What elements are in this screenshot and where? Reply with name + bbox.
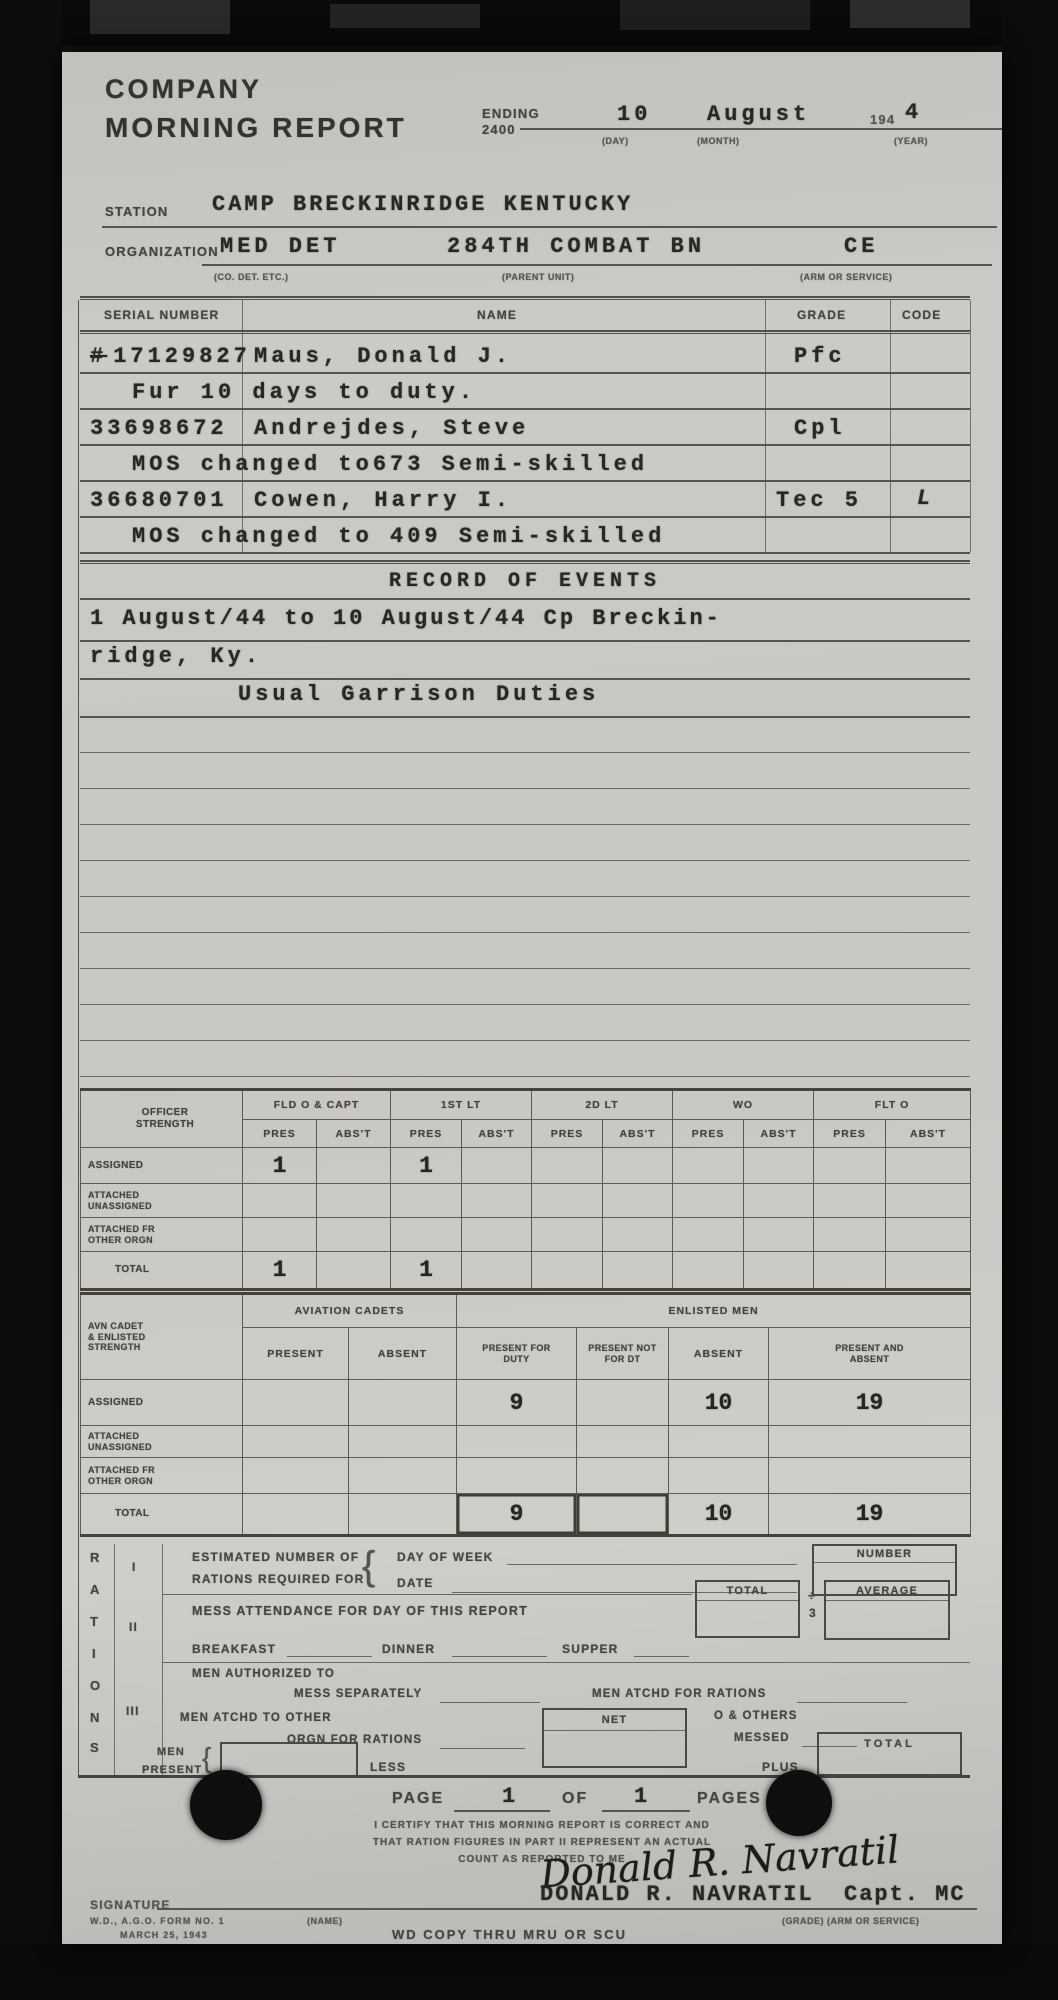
roster-note: Fur 10 days to duty.	[132, 380, 476, 405]
roster-rule	[80, 372, 970, 374]
scan-top-blotch	[850, 0, 970, 28]
officer-cell	[391, 1218, 462, 1252]
abst-header: ABS'T	[886, 1120, 971, 1148]
blank-rule	[80, 1004, 970, 1005]
enlisted-cell	[457, 1458, 577, 1494]
brace: {	[362, 1544, 377, 1589]
estimated-rations-line2: RATIONS REQUIRED FOR	[192, 1572, 364, 1586]
officer-cell	[603, 1252, 673, 1290]
rations-letter: I	[92, 1646, 97, 1661]
enlisted-cell	[769, 1426, 971, 1458]
report-month: August	[707, 102, 810, 127]
roster-name: Andrejdes, Steve	[254, 416, 529, 441]
roster-header-rule	[80, 330, 970, 334]
men-atchd-line1: MEN ATCHD TO OTHER	[180, 1712, 332, 1724]
rations-numeral-ii: II	[129, 1620, 138, 1634]
roster-grade: Cpl	[794, 416, 846, 441]
events-line: Usual Garrison Duties	[238, 682, 599, 707]
roster-serial: #17129827	[90, 344, 251, 369]
blank-rule	[80, 896, 970, 897]
officer-row-attached-fr-other: ATTACHED FROTHER ORGN	[81, 1218, 243, 1252]
roster-name: Cowen, Harry I.	[254, 488, 512, 513]
organization-label: ORGANIZATION	[105, 244, 219, 259]
form-date: MARCH 25, 1943	[120, 1930, 208, 1940]
officer-group-2d-lt: 2D LT	[532, 1090, 673, 1120]
enlisted-cell	[243, 1380, 349, 1426]
officer-cell	[814, 1184, 886, 1218]
officer-cell: 1	[391, 1252, 462, 1290]
enlisted-cell	[457, 1426, 577, 1458]
officer-cell	[243, 1184, 317, 1218]
officer-row-attached-unassigned: ATTACHEDUNASSIGNED	[81, 1184, 243, 1218]
officer-cell	[744, 1218, 814, 1252]
signed-grade-typed: Capt. MC	[844, 1882, 966, 1907]
officer-strength-table: OFFICERSTRENGTH FLD O & CAPT 1ST LT 2D L…	[80, 1088, 971, 1291]
rations-row-divider	[162, 1662, 970, 1663]
others-line1: O & OTHERS	[714, 1710, 798, 1722]
enlisted-cell	[577, 1458, 669, 1494]
distribution-note: WD COPY THRU MRU OR SCU	[392, 1927, 627, 1942]
officer-cell	[603, 1148, 673, 1184]
officer-cell: 1	[243, 1252, 317, 1290]
page-value-line	[454, 1810, 550, 1812]
sub-present-for-duty: PRESENT FOR DUTY	[457, 1328, 577, 1380]
form-title-line2: MORNING REPORT	[105, 112, 407, 144]
roster-rule	[80, 444, 970, 446]
col-name-header: NAME	[477, 308, 517, 322]
enlisted-row-attached-unassigned: ATTACHEDUNASSIGNED	[81, 1426, 243, 1458]
rations-numeral-iii: III	[126, 1704, 140, 1718]
rations-letter: N	[90, 1710, 101, 1725]
arm-caption: (ARM OR SERVICE)	[800, 272, 892, 282]
enlisted-cell	[669, 1458, 769, 1494]
officer-cell	[673, 1218, 744, 1252]
scan-right-margin	[1002, 0, 1058, 2000]
sub-absent-enlisted: ABSENT	[669, 1328, 769, 1380]
officer-cell	[814, 1218, 886, 1252]
enlisted-strength-table: AVN CADET& ENLISTEDSTRENGTH AVIATION CAD…	[80, 1292, 971, 1537]
officer-cell	[317, 1218, 391, 1252]
events-rule	[80, 716, 970, 718]
roster-divider	[765, 300, 766, 552]
dinner-line	[452, 1656, 547, 1657]
men-present-line1: MEN	[157, 1746, 185, 1758]
officer-group-wo: WO	[673, 1090, 814, 1120]
officer-cell	[744, 1148, 814, 1184]
pages-value: 1	[634, 1784, 651, 1809]
officer-cell	[462, 1184, 532, 1218]
officer-group-flt-o: FLT O	[814, 1090, 971, 1120]
month-caption: (MONTH)	[697, 136, 740, 146]
organization-parent: 284TH COMBAT BN	[447, 234, 705, 259]
mess-attendance-label: MESS ATTENDANCE FOR DAY OF THIS REPORT	[192, 1604, 528, 1618]
scanned-morning-report: { "colors": { "scan_background": "#13131…	[0, 0, 1058, 2000]
enlisted-cell: 19	[769, 1380, 971, 1426]
enlisted-cell: 10	[669, 1380, 769, 1426]
less-label: LESS	[370, 1760, 406, 1774]
of-label: OF	[562, 1790, 588, 1808]
punch-hole-left	[190, 1770, 262, 1840]
form-title-line1: COMPANY	[105, 74, 262, 105]
enlisted-row-total: TOTAL	[81, 1494, 243, 1536]
group-enlisted-men: ENLISTED MEN	[457, 1294, 971, 1328]
blank-rule	[80, 788, 970, 789]
officer-cell	[744, 1252, 814, 1290]
enlisted-cell	[577, 1380, 669, 1426]
blank-rule	[80, 860, 970, 861]
roster-serial: 36680701	[90, 488, 228, 513]
roster-rule	[80, 552, 970, 554]
pages-value-line	[602, 1810, 690, 1812]
officer-row-assigned: ASSIGNED	[81, 1148, 243, 1184]
rations-letter: O	[90, 1678, 101, 1693]
officer-strength-corner: OFFICERSTRENGTH	[81, 1090, 243, 1148]
pres-header: PRES	[243, 1120, 317, 1148]
enlisted-cell: 19	[769, 1494, 971, 1536]
net-box-label: NET	[542, 1714, 687, 1726]
enlisted-cell	[669, 1426, 769, 1458]
roster-rule	[80, 408, 970, 410]
officer-group-fldo-capt: FLD O & CAPT	[243, 1090, 391, 1120]
mess-total-label: TOTAL	[695, 1585, 800, 1597]
officer-cell	[532, 1148, 603, 1184]
abst-header: ABS'T	[462, 1120, 532, 1148]
roster-divider	[970, 300, 971, 552]
divide-sign: ÷	[808, 1588, 816, 1603]
signed-name-typed: DONALD R. NAVRATIL	[540, 1882, 814, 1907]
average-label: AVERAGE	[824, 1585, 950, 1597]
breakfast-line	[287, 1656, 372, 1657]
enlisted-cell	[577, 1426, 669, 1458]
officer-cell	[462, 1218, 532, 1252]
officer-cell	[462, 1148, 532, 1184]
officer-cell	[532, 1218, 603, 1252]
brace-small: {	[202, 1742, 213, 1774]
enlisted-cell	[769, 1458, 971, 1494]
events-rule	[80, 598, 970, 600]
mess-total-rule	[697, 1600, 798, 1601]
pres-header: PRES	[391, 1120, 462, 1148]
officer-group-1st-lt: 1ST LT	[391, 1090, 532, 1120]
atchd-rations-line	[797, 1702, 907, 1703]
officer-cell	[673, 1148, 744, 1184]
enlisted-cell	[243, 1426, 349, 1458]
number-box-label: NUMBER	[812, 1548, 957, 1560]
enlisted-row-assigned: ASSIGNED	[81, 1380, 243, 1426]
officer-cell	[603, 1218, 673, 1252]
pages-label: PAGES	[697, 1790, 762, 1808]
sub-present-not-for-dt: PRESENT NOT FOR DT	[577, 1328, 669, 1380]
abst-header: ABS'T	[603, 1120, 673, 1148]
officer-cell	[317, 1148, 391, 1184]
enlisted-cell	[349, 1380, 457, 1426]
report-year: 4	[905, 100, 922, 125]
pres-header: PRES	[532, 1120, 603, 1148]
sub-present: PRESENT	[243, 1328, 349, 1380]
station-rule	[102, 200, 997, 228]
roster-serial: 33698672	[90, 416, 228, 441]
officer-cell	[317, 1184, 391, 1218]
officer-cell	[603, 1184, 673, 1218]
net-box-rule	[544, 1730, 685, 1731]
pres-header: PRES	[673, 1120, 744, 1148]
officer-cell	[673, 1184, 744, 1218]
dinner-label: DINNER	[382, 1642, 435, 1656]
roster-rule	[80, 516, 970, 518]
serial-number: 17129827	[113, 344, 251, 369]
blank-rule	[80, 968, 970, 969]
sub-absent: ABSENT	[349, 1328, 457, 1380]
divide-by: 3	[809, 1606, 817, 1620]
men-authorized-line2: MESS SEPARATELY	[294, 1688, 422, 1700]
officer-cell: 1	[243, 1148, 317, 1184]
rations-divider	[114, 1544, 115, 1778]
rations-letter: T	[90, 1614, 99, 1629]
ending-value: 2400	[482, 122, 516, 137]
roster-note: MOS changed to 409 Semi-skilled	[132, 524, 665, 549]
year-caption: (YEAR)	[894, 136, 928, 146]
officer-cell	[317, 1252, 391, 1290]
men-authorized-line1: MEN AUTHORIZED TO	[192, 1668, 335, 1680]
others-line2: MESSED	[734, 1732, 790, 1744]
roster-grade: Pfc	[794, 344, 846, 369]
rations-letter: S	[90, 1740, 100, 1755]
mess-separately-line	[440, 1702, 540, 1703]
scan-bottom-margin	[0, 1944, 1058, 2000]
scan-top-blotch	[90, 0, 230, 34]
enlisted-cell	[243, 1458, 349, 1494]
events-line: ridge, Ky.	[90, 644, 262, 669]
number-box-rule	[814, 1562, 955, 1563]
year-preprint: 194	[870, 112, 895, 127]
officer-cell	[243, 1218, 317, 1252]
col-code-header: CODE	[902, 308, 941, 322]
day-caption: (DAY)	[602, 136, 629, 146]
day-of-week-line	[507, 1564, 797, 1565]
enlisted-cell: 10	[669, 1494, 769, 1536]
supper-label: SUPPER	[562, 1642, 619, 1656]
roster-top-rule	[80, 296, 970, 300]
supper-line	[634, 1656, 689, 1657]
date-rule	[520, 128, 1002, 130]
officer-cell	[814, 1148, 886, 1184]
abst-header: ABS'T	[744, 1120, 814, 1148]
officer-cell	[886, 1184, 971, 1218]
parent-caption: (PARENT UNIT)	[502, 272, 574, 282]
roster-note: MOS changed to673 Semi-skilled	[132, 452, 648, 477]
officer-cell	[886, 1148, 971, 1184]
enlisted-cell-boxed: 9	[457, 1494, 577, 1536]
roster-rule	[80, 480, 970, 482]
roster-divider	[890, 300, 891, 552]
punch-hole-right	[766, 1770, 832, 1836]
officer-cell	[391, 1184, 462, 1218]
rations-row-divider	[162, 1594, 692, 1595]
scan-left-margin	[0, 0, 62, 2000]
average-rule	[826, 1600, 948, 1601]
blank-rule	[80, 1076, 970, 1077]
page-value: 1	[502, 1784, 519, 1809]
orgn-rations-line	[440, 1748, 525, 1749]
estimated-rations-line1: ESTIMATED NUMBER OF	[192, 1550, 359, 1564]
enlisted-cell-boxed	[577, 1494, 669, 1536]
events-rule	[80, 640, 970, 642]
roster-name: Maus, Donald J.	[254, 344, 512, 369]
blank-rule	[80, 824, 970, 825]
page-label: PAGE	[392, 1790, 444, 1808]
enlisted-cell	[349, 1494, 457, 1536]
unit-caption: (CO. DET. ETC.)	[214, 272, 289, 282]
ending-label: ENDING	[482, 106, 540, 121]
officer-cell	[744, 1184, 814, 1218]
group-aviation-cadets: AVIATION CADETS	[243, 1294, 457, 1328]
men-atchd-for-rations: MEN ATCHD FOR RATIONS	[592, 1688, 766, 1700]
overstrike-mark: #	[90, 344, 107, 369]
officer-cell	[886, 1218, 971, 1252]
officer-cell	[814, 1252, 886, 1290]
organization-arm: CE	[844, 234, 878, 259]
scan-top-blotch	[620, 0, 810, 30]
form-left-edge	[78, 300, 79, 1778]
officer-row-total: TOTAL	[81, 1252, 243, 1290]
abst-header: ABS'T	[317, 1120, 391, 1148]
col-grade-header: GRADE	[797, 308, 846, 322]
rations-divider	[162, 1544, 163, 1778]
officer-cell	[532, 1252, 603, 1290]
roster-code: L	[917, 486, 934, 511]
rations-letter: R	[90, 1550, 101, 1565]
rations-letter: A	[90, 1582, 101, 1597]
signature-label: SIGNATURE	[90, 1898, 171, 1912]
officer-cell: 1	[391, 1148, 462, 1184]
roster-grade: Tec 5	[776, 488, 862, 513]
grade-caption: (GRADE) (ARM OR SERVICE)	[782, 1916, 919, 1926]
events-line: 1 August/44 to 10 August/44 Cp Breckin-	[90, 606, 722, 631]
scan-top-blotch	[330, 4, 480, 28]
officer-cell	[532, 1184, 603, 1218]
breakfast-label: BREAKFAST	[192, 1642, 276, 1656]
enlisted-cell	[349, 1426, 457, 1458]
blank-rule	[80, 932, 970, 933]
officer-cell	[673, 1252, 744, 1290]
enlisted-cell: 9	[457, 1380, 577, 1426]
pres-header: PRES	[814, 1120, 886, 1148]
enlisted-strength-corner: AVN CADET& ENLISTEDSTRENGTH	[81, 1294, 243, 1380]
events-title: RECORD OF EVENTS	[80, 570, 970, 593]
enlisted-row-attached-fr-other: ATTACHED FROTHER ORGN	[81, 1458, 243, 1494]
date-label: DATE	[397, 1576, 434, 1590]
rations-total-label: TOTAL	[817, 1738, 962, 1750]
sub-present-and-absent: PRESENT AND ABSENT	[769, 1328, 971, 1380]
blank-rule	[80, 752, 970, 753]
morning-report-page: COMPANY MORNING REPORT ENDING 2400 10 Au…	[62, 52, 1002, 1944]
rations-numeral-i: I	[132, 1560, 137, 1574]
roster-divider	[242, 300, 243, 552]
col-serial-header: SERIAL NUMBER	[104, 308, 219, 322]
blank-rule	[80, 1040, 970, 1041]
organization-rule	[202, 264, 992, 266]
organization-unit: MED DET	[220, 234, 340, 259]
cert-line1: I CERTIFY THAT THIS MORNING REPORT IS CO…	[312, 1820, 772, 1831]
form-number: W.D., A.G.O. FORM NO. 1	[90, 1916, 225, 1926]
officer-cell	[462, 1252, 532, 1290]
day-of-week-label: DAY OF WEEK	[397, 1550, 494, 1564]
signature-rule	[157, 1908, 977, 1910]
report-day: 10	[617, 102, 651, 127]
name-caption: (NAME)	[307, 1916, 343, 1926]
officer-cell	[886, 1252, 971, 1290]
enlisted-cell	[243, 1494, 349, 1536]
events-rule	[80, 678, 970, 680]
enlisted-cell	[349, 1458, 457, 1494]
events-top-rule	[80, 560, 970, 564]
